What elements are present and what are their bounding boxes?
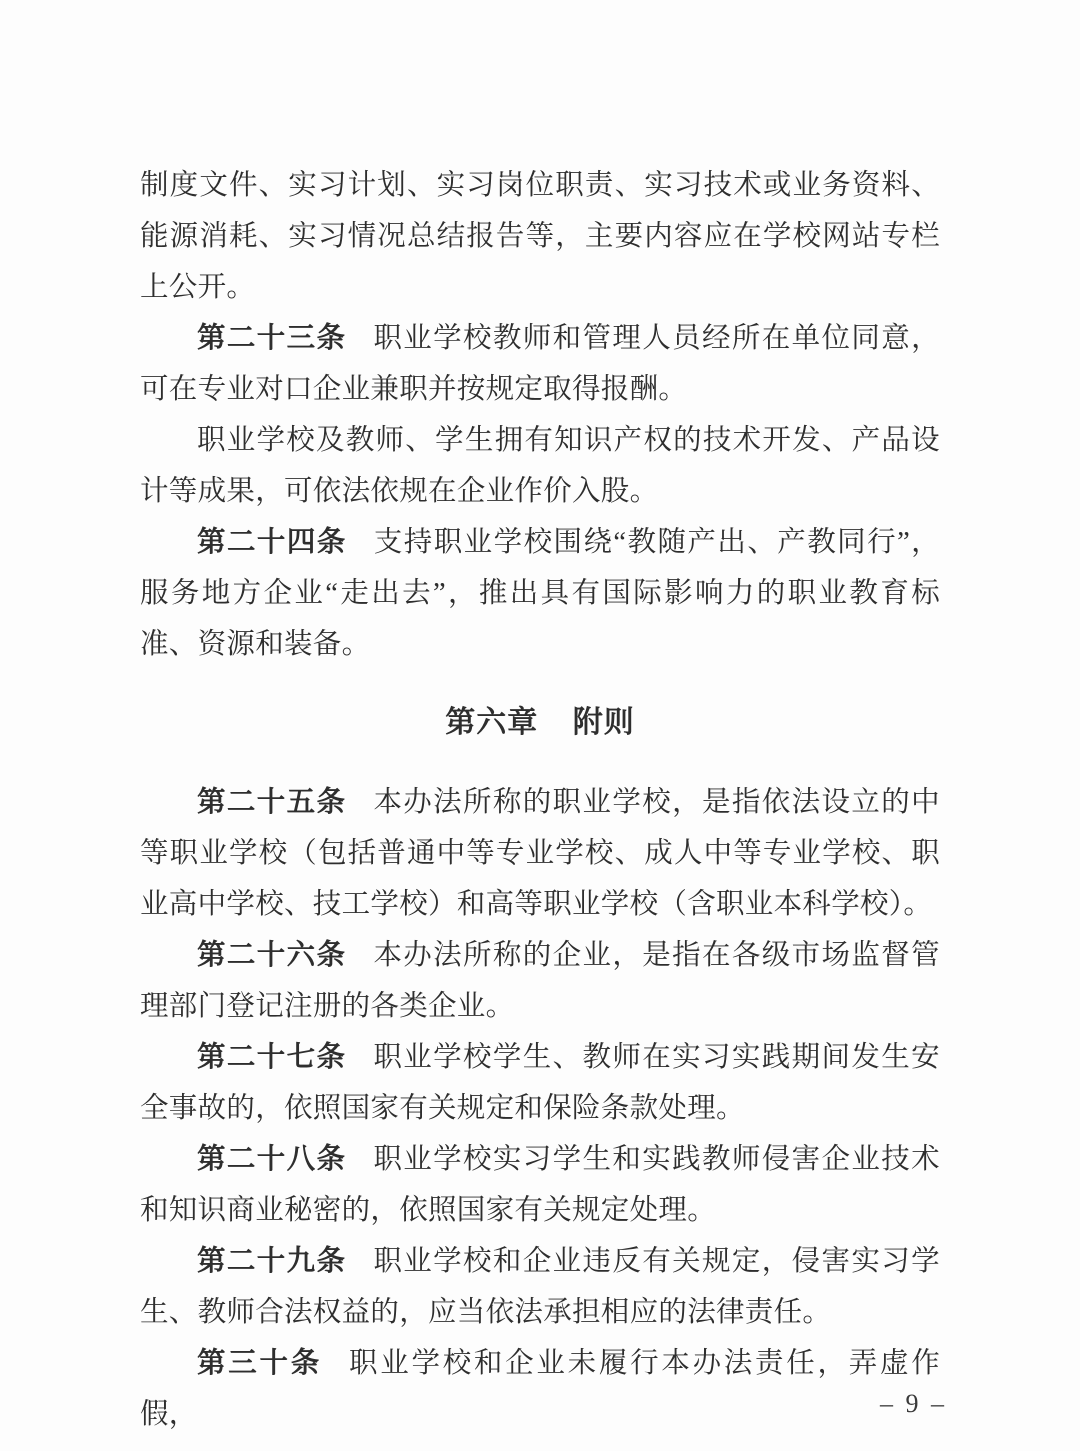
article-paragraph: 第二十八条职业学校实习学生和实践教师侵害企业技术和知识商业秘密的，依照国家有关规… [140,1134,940,1236]
chapter-heading: 第六章附则 [140,697,940,748]
article-number-label: 第二十五条 [197,787,346,818]
paragraph-text: 制度文件、实习计划、实习岗位职责、实习技术或业务资料、能源消耗、实习情况总结报告… [140,170,940,303]
article-paragraph: 第二十四条支持职业学校围绕“教随产出、产教同行”，服务地方企业“走出去”，推出具… [140,517,940,670]
chapter-title: 附则 [573,706,635,739]
article-number-label: 第二十八条 [197,1144,346,1175]
article-paragraph: 第二十六条本办法所称的企业，是指在各级市场监督管理部门登记注册的各类企业。 [140,930,940,1032]
article-number-label: 第二十九条 [197,1246,346,1277]
article-number-label: 第二十六条 [197,940,346,971]
paragraph-text: 职业学校及教师、学生拥有知识产权的技术开发、产品设计等成果，可依法依规在企业作价… [140,425,940,507]
body-paragraph: 制度文件、实习计划、实习岗位职责、实习技术或业务资料、能源消耗、实习情况总结报告… [140,160,940,313]
article-number-label: 第三十条 [197,1348,322,1379]
article-paragraph: 第二十三条职业学校教师和管理人员经所在单位同意，可在专业对口企业兼职并按规定取得… [140,313,940,415]
chapter-number: 第六章 [445,706,538,739]
body-paragraph: 职业学校及教师、学生拥有知识产权的技术开发、产品设计等成果，可依法依规在企业作价… [140,415,940,517]
article-paragraph: 第三十条职业学校和企业未履行本办法责任，弄虚作假， [140,1338,940,1440]
article-paragraph: 第二十五条本办法所称的职业学校，是指依法设立的中等职业学校（包括普通中等专业学校… [140,777,940,930]
article-number-label: 第二十四条 [197,527,347,558]
document-page: 制度文件、实习计划、实习岗位职责、实习技术或业务资料、能源消耗、实习情况总结报告… [0,0,1080,1451]
article-number-label: 第二十三条 [197,323,346,354]
page-number: – 9 – [880,1389,947,1419]
article-paragraph: 第二十九条职业学校和企业违反有关规定，侵害实习学生、教师合法权益的，应当依法承担… [140,1236,940,1338]
document-body: 制度文件、实习计划、实习岗位职责、实习技术或业务资料、能源消耗、实习情况总结报告… [140,160,940,1440]
article-number-label: 第二十七条 [197,1042,346,1073]
article-paragraph: 第二十七条职业学校学生、教师在实习实践期间发生安全事故的，依照国家有关规定和保险… [140,1032,940,1134]
